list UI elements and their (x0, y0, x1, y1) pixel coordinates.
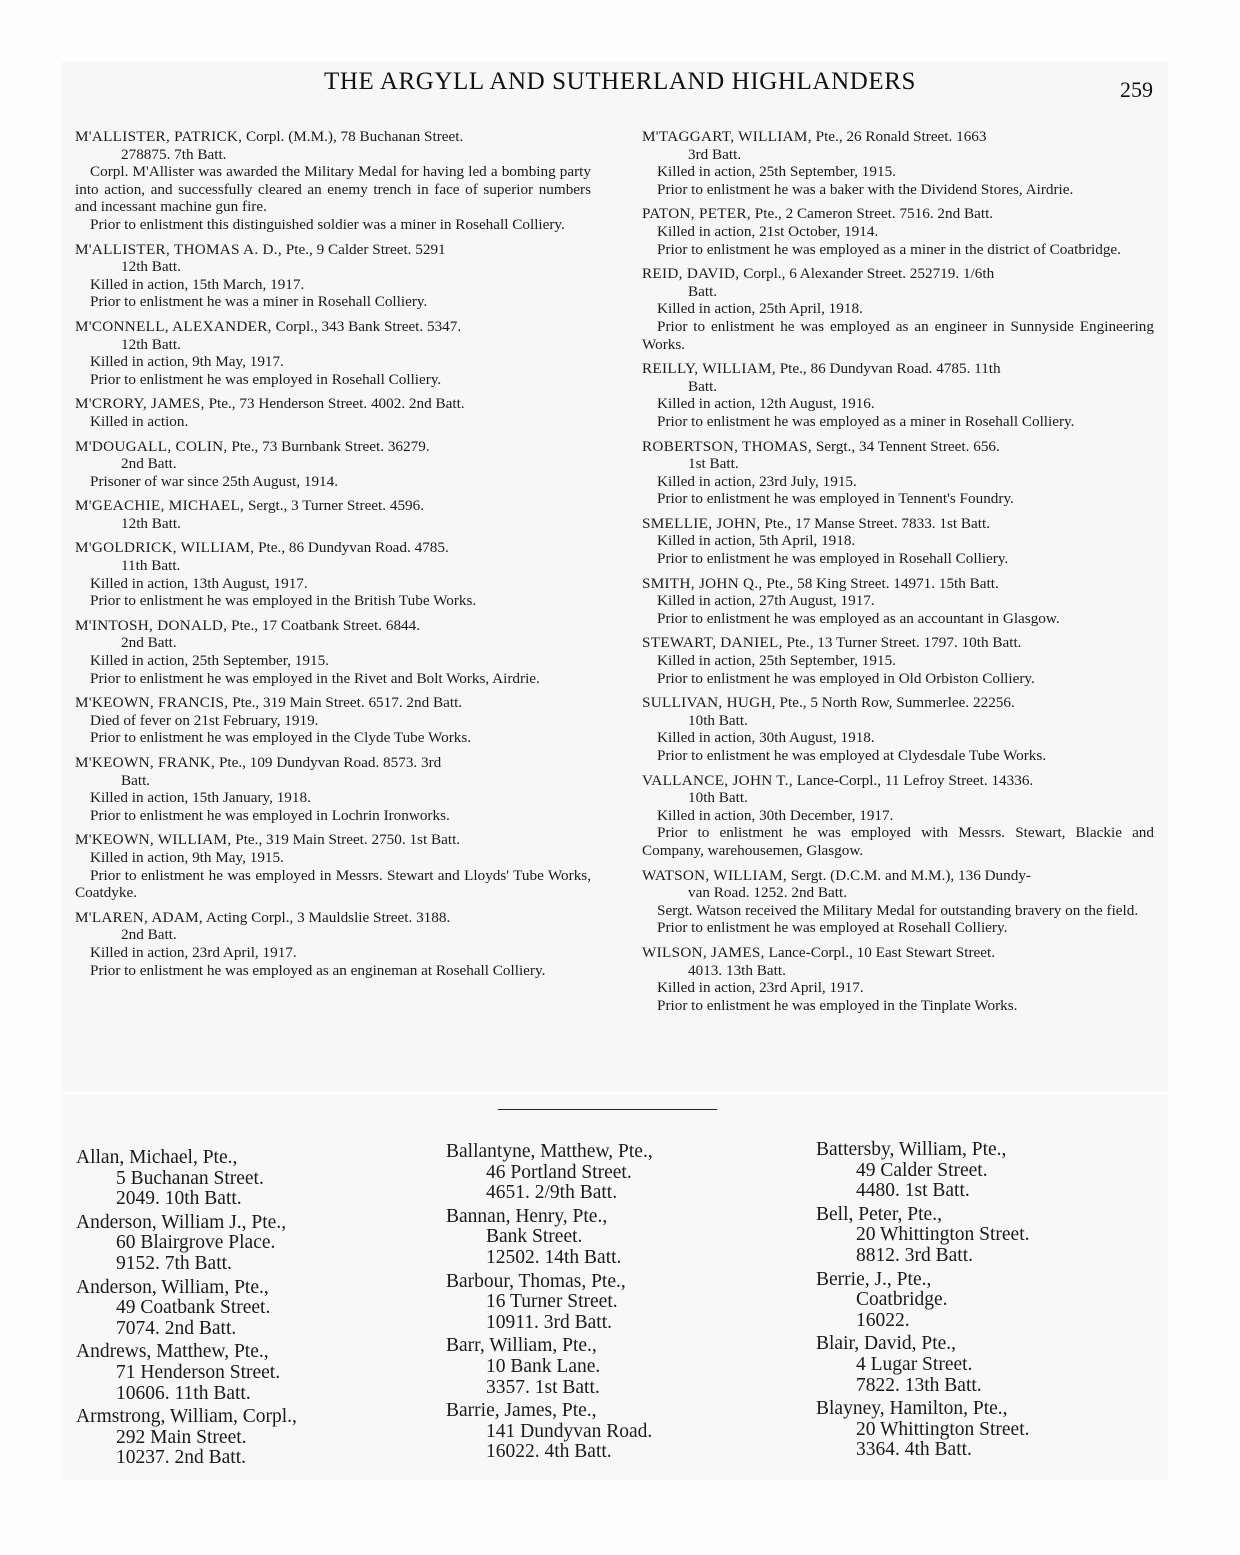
roll-entry: M'KEOWN, FRANK, Pte., 109 Dundyvan Road.… (75, 754, 591, 824)
entry-name: SMITH, JOHN Q., (642, 575, 763, 592)
list-entry-name: Allan, Michael, Pte., (76, 1148, 297, 1169)
entry-heading: ROBERTSON, THOMAS, Sergt., 34 Tennent St… (642, 438, 1154, 456)
list-entry-number-batt: 10911. 3rd Batt. (446, 1313, 653, 1334)
entry-note: Prior to enlistment he was employed in R… (75, 371, 591, 389)
entry-heading: PATON, PETER, Pte., 2 Cameron Street. 75… (642, 205, 1154, 223)
list-entry-address: 60 Blairgrove Place. (76, 1233, 297, 1254)
list-entry-number-batt: 2049. 10th Batt. (76, 1189, 297, 1210)
entry-note: Sergt. Watson received the Military Meda… (642, 902, 1154, 920)
entry-continuation: Batt. (642, 283, 1154, 301)
list-entry-number-batt: 10237. 2nd Batt. (76, 1448, 297, 1469)
entry-note: Prior to enlistment he was employed in t… (75, 670, 591, 688)
roll-entry: M'TAGGART, WILLIAM, Pte., 26 Ronald Stre… (642, 128, 1154, 198)
entry-name: REID, DAVID, (642, 265, 739, 282)
list-entry-name: Barr, William, Pte., (446, 1336, 653, 1357)
entry-name: SMELLIE, JOHN, (642, 515, 761, 532)
list-entry-address: 10 Bank Lane. (446, 1357, 653, 1378)
roll-entry: VALLANCE, JOHN T., Lance-Corpl., 11 Lefr… (642, 772, 1154, 860)
entry-note: Prior to enlistment he was a baker with … (642, 181, 1154, 199)
list-entry-number-batt: 3357. 1st Batt. (446, 1378, 653, 1399)
roll-entry: M'GEACHIE, MICHAEL, Sergt., 3 Turner Str… (75, 497, 591, 532)
entry-note: Prior to enlistment this distinguished s… (75, 216, 591, 234)
list-entry-name: Bannan, Henry, Pte., (446, 1207, 653, 1228)
entry-note: Killed in action. (75, 413, 591, 431)
entry-heading: M'ALLISTER, PATRICK, Corpl. (M.M.), 78 B… (75, 128, 591, 146)
entry-note: Killed in action, 25th September, 1915. (642, 163, 1154, 181)
entry-continuation: 2nd Batt. (75, 926, 591, 944)
list-entry-address: 292 Main Street. (76, 1428, 297, 1449)
list-entry-name: Armstrong, William, Corpl., (76, 1407, 297, 1428)
list-entry-address: 71 Henderson Street. (76, 1363, 297, 1384)
entry-details: Corpl., 6 Alexander Street. 252719. 1/6t… (743, 265, 994, 282)
list-entry-name: Anderson, William, Pte., (76, 1278, 297, 1299)
entry-continuation: 12th Batt. (75, 515, 591, 533)
entry-continuation: 10th Batt. (642, 712, 1154, 730)
section-divider-rule (498, 1109, 717, 1110)
entry-note: Prior to enlistment he was employed at C… (642, 747, 1154, 765)
left-column: M'ALLISTER, PATRICK, Corpl. (M.M.), 78 B… (75, 128, 591, 986)
entry-heading: M'INTOSH, DONALD, Pte., 17 Coatbank Stre… (75, 617, 591, 635)
entry-note: Prisoner of war since 25th August, 1914. (75, 473, 591, 491)
list-entry-number-batt: 7074. 2nd Batt. (76, 1319, 297, 1340)
entry-note: Prior to enlistment he was employed as a… (642, 318, 1154, 353)
list-entry-number-batt: 4480. 1st Batt. (816, 1181, 1030, 1202)
list-entry: Ballantyne, Matthew, Pte., 46 Portland S… (446, 1142, 653, 1204)
list-entry-name: Battersby, William, Pte., (816, 1140, 1030, 1161)
entry-details: Acting Corpl., 3 Mauldslie Street. 3188. (206, 909, 450, 926)
list-entry-number-batt: 16022. 4th Batt. (446, 1442, 653, 1463)
entry-heading: M'CRORY, JAMES, Pte., 73 Henderson Stree… (75, 395, 591, 413)
list-entry-address: 141 Dundyvan Road. (446, 1422, 653, 1443)
roll-entry: M'ALLISTER, PATRICK, Corpl. (M.M.), 78 B… (75, 128, 591, 234)
list-entry-address: 16 Turner Street. (446, 1292, 653, 1313)
list-entry-number-batt: 4651. 2/9th Batt. (446, 1183, 653, 1204)
entry-note: Prior to enlistment he was a miner in Ro… (75, 293, 591, 311)
entry-heading: STEWART, DANIEL, Pte., 13 Turner Street.… (642, 634, 1154, 652)
entry-details: Pte., 73 Henderson Street. 4002. 2nd Bat… (209, 395, 465, 412)
entry-note: Prior to enlistment he was employed with… (642, 824, 1154, 859)
entry-name: M'LAREN, ADAM, (75, 909, 203, 926)
list-entry-address: 49 Coatbank Street. (76, 1298, 297, 1319)
entry-heading: SMELLIE, JOHN, Pte., 17 Manse Street. 78… (642, 515, 1154, 533)
roll-entry: SULLIVAN, HUGH, Pte., 5 North Row, Summe… (642, 694, 1154, 764)
list-entry-address: 5 Buchanan Street. (76, 1169, 297, 1190)
entry-note: Prior to enlistment he was employed in O… (642, 670, 1154, 688)
list-entry-address: Coatbridge. (816, 1290, 1030, 1311)
entry-continuation: Batt. (642, 378, 1154, 396)
entry-note: Killed in action, 12th August, 1916. (642, 395, 1154, 413)
right-column: M'TAGGART, WILLIAM, Pte., 26 Ronald Stre… (642, 128, 1154, 1021)
entry-name: WATSON, WILLIAM, (642, 867, 787, 884)
entry-details: Pte., 5 North Row, Summerlee. 22256. (780, 694, 1015, 711)
entry-name: WILSON, JAMES, (642, 944, 765, 961)
entry-name: REILLY, WILLIAM, (642, 360, 776, 377)
entry-note: Killed in action, 25th September, 1915. (75, 652, 591, 670)
entry-continuation: 1st Batt. (642, 455, 1154, 473)
entry-note: Killed in action, 23rd April, 1917. (642, 979, 1154, 997)
entry-continuation: 4013. 13th Batt. (642, 962, 1154, 980)
list-entry-name: Ballantyne, Matthew, Pte., (446, 1142, 653, 1163)
list-entry-name: Anderson, William J., Pte., (76, 1213, 297, 1234)
entry-note: Prior to enlistment he was employed as a… (642, 610, 1154, 628)
entry-details: Pte., 58 King Street. 14971. 15th Batt. (766, 575, 998, 592)
entry-continuation: 12th Batt. (75, 258, 591, 276)
entry-note: Killed in action, 23rd April, 1917. (75, 944, 591, 962)
list-entry-name: Blair, David, Pte., (816, 1334, 1030, 1355)
entry-note: Killed in action, 9th May, 1915. (75, 849, 591, 867)
entry-note: Killed in action, 5th April, 1918. (642, 532, 1154, 550)
entry-name: M'CRORY, JAMES, (75, 395, 205, 412)
entry-name: PATON, PETER, (642, 205, 751, 222)
entry-details: Corpl. (M.M.), 78 Buchanan Street. (246, 128, 463, 145)
entry-details: Pte., 319 Main Street. 6517. 2nd Batt. (232, 694, 462, 711)
entry-name: M'GOLDRICK, WILLIAM, (75, 539, 254, 556)
roll-list-column-2: Ballantyne, Matthew, Pte., 46 Portland S… (446, 1142, 653, 1466)
roll-entry: M'CONNELL, ALEXANDER, Corpl., 343 Bank S… (75, 318, 591, 388)
entry-continuation: 278875. 7th Batt. (75, 146, 591, 164)
roll-entry: M'ALLISTER, THOMAS A. D., Pte., 9 Calder… (75, 241, 591, 311)
entry-name: STEWART, DANIEL, (642, 634, 783, 651)
entry-name: ROBERTSON, THOMAS, (642, 438, 812, 455)
entry-note: Prior to enlistment he was employed at R… (642, 919, 1154, 937)
entry-continuation: 11th Batt. (75, 557, 591, 575)
entry-note: Prior to enlistment he was employed in t… (642, 997, 1154, 1015)
roll-entry: M'DOUGALL, COLIN, Pte., 73 Burnbank Stre… (75, 438, 591, 491)
roll-entry: WATSON, WILLIAM, Sergt. (D.C.M. and M.M.… (642, 867, 1154, 937)
entry-name: SULLIVAN, HUGH, (642, 694, 776, 711)
entry-note: Killed in action, 9th May, 1917. (75, 353, 591, 371)
roll-entry: REID, DAVID, Corpl., 6 Alexander Street.… (642, 265, 1154, 353)
entry-note: Prior to enlistment he was employed in t… (75, 592, 591, 610)
entry-details: Pte., 13 Turner Street. 1797. 10th Batt. (787, 634, 1022, 651)
entry-heading: M'KEOWN, WILLIAM, Pte., 319 Main Street.… (75, 831, 591, 849)
entry-details: Lance-Corpl., 10 East Stewart Street. (769, 944, 995, 961)
entry-heading: SULLIVAN, HUGH, Pte., 5 North Row, Summe… (642, 694, 1154, 712)
entry-heading: M'LAREN, ADAM, Acting Corpl., 3 Mauldsli… (75, 909, 591, 927)
page-number: 259 (1120, 77, 1153, 103)
entry-heading: M'KEOWN, FRANCIS, Pte., 319 Main Street.… (75, 694, 591, 712)
entry-name: M'KEOWN, FRANCIS, (75, 694, 228, 711)
entry-details: Pte., 73 Burnbank Street. 36279. (231, 438, 429, 455)
list-entry-number-batt: 7822. 13th Batt. (816, 1376, 1030, 1397)
list-entry-number-batt: 9152. 7th Batt. (76, 1254, 297, 1275)
list-entry-name: Andrews, Matthew, Pte., (76, 1342, 297, 1363)
list-entry-name: Barrie, James, Pte., (446, 1401, 653, 1422)
list-entry-name: Barbour, Thomas, Pte., (446, 1272, 653, 1293)
entry-heading: M'ALLISTER, THOMAS A. D., Pte., 9 Calder… (75, 241, 591, 259)
entry-name: M'CONNELL, ALEXANDER, (75, 318, 272, 335)
entry-note: Killed in action, 30th August, 1918. (642, 729, 1154, 747)
entry-details: Pte., 86 Dundyvan Road. 4785. 11th (780, 360, 1001, 377)
roll-entry: REILLY, WILLIAM, Pte., 86 Dundyvan Road.… (642, 360, 1154, 430)
entry-details: Pte., 17 Coatbank Street. 6844. (231, 617, 420, 634)
list-entry: Blayney, Hamilton, Pte., 20 Whittington … (816, 1399, 1030, 1461)
entry-note: Killed in action, 13th August, 1917. (75, 575, 591, 593)
roll-entry: M'GOLDRICK, WILLIAM, Pte., 86 Dundyvan R… (75, 539, 591, 609)
entry-note: Prior to enlistment he was employed in t… (75, 729, 591, 747)
list-entry-name: Bell, Peter, Pte., (816, 1205, 1030, 1226)
entry-heading: WILSON, JAMES, Lance-Corpl., 10 East Ste… (642, 944, 1154, 962)
entry-heading: M'KEOWN, FRANK, Pte., 109 Dundyvan Road.… (75, 754, 591, 772)
entry-details: Pte., 86 Dundyvan Road. 4785. (258, 539, 449, 556)
entry-note: Prior to enlistment he was employed in M… (75, 867, 591, 902)
list-entry-number-batt: 16022. (816, 1311, 1030, 1332)
entry-details: Pte., 17 Manse Street. 7833. 1st Batt. (764, 515, 990, 532)
entry-name: M'KEOWN, WILLIAM, (75, 831, 231, 848)
entry-heading: VALLANCE, JOHN T., Lance-Corpl., 11 Lefr… (642, 772, 1154, 790)
entry-note: Prior to enlistment he was employed as a… (642, 413, 1154, 431)
list-entry: Allan, Michael, Pte., 5 Buchanan Street.… (76, 1148, 297, 1210)
entry-name: M'KEOWN, FRANK, (75, 754, 215, 771)
entry-note: Killed in action, 21st October, 1914. (642, 223, 1154, 241)
entry-name: M'ALLISTER, THOMAS A. D., (75, 241, 282, 258)
list-entry-number-batt: 3364. 4th Batt. (816, 1440, 1030, 1461)
roll-entry: M'INTOSH, DONALD, Pte., 17 Coatbank Stre… (75, 617, 591, 687)
list-entry: Blair, David, Pte., 4 Lugar Street. 7822… (816, 1334, 1030, 1396)
entry-details: Sergt., 34 Tennent Street. 656. (816, 438, 1000, 455)
list-entry-address: 20 Whittington Street. (816, 1420, 1030, 1441)
list-entry: Anderson, William, Pte., 49 Coatbank Str… (76, 1278, 297, 1340)
list-entry: Anderson, William J., Pte., 60 Blairgrov… (76, 1213, 297, 1275)
roll-list-column-3: Battersby, William, Pte., 49 Calder Stre… (816, 1140, 1030, 1464)
entry-note: Killed in action, 25th September, 1915. (642, 652, 1154, 670)
list-entry: Andrews, Matthew, Pte., 71 Henderson Str… (76, 1342, 297, 1404)
entry-name: M'TAGGART, WILLIAM, (642, 128, 812, 145)
list-entry: Barr, William, Pte., 10 Bank Lane. 3357.… (446, 1336, 653, 1398)
entry-note: Killed in action, 25th April, 1918. (642, 300, 1154, 318)
entry-note: Killed in action, 27th August, 1917. (642, 592, 1154, 610)
entry-details: Lance-Corpl., 11 Lefroy Street. 14336. (797, 772, 1033, 789)
running-head-title: THE ARGYLL AND SUTHERLAND HIGHLANDERS (0, 68, 1240, 96)
entry-continuation: 2nd Batt. (75, 634, 591, 652)
list-entry: Barbour, Thomas, Pte., 16 Turner Street.… (446, 1272, 653, 1334)
entry-continuation: 2nd Batt. (75, 455, 591, 473)
entry-heading: M'TAGGART, WILLIAM, Pte., 26 Ronald Stre… (642, 128, 1154, 146)
entry-continuation: Batt. (75, 772, 591, 790)
roll-entry: M'LAREN, ADAM, Acting Corpl., 3 Mauldsli… (75, 909, 591, 979)
entry-note: Died of fever on 21st February, 1919. (75, 712, 591, 730)
entry-name: M'INTOSH, DONALD, (75, 617, 227, 634)
roll-list-column-1: Allan, Michael, Pte., 5 Buchanan Street.… (76, 1148, 297, 1472)
list-entry: Bannan, Henry, Pte., Bank Street. 12502.… (446, 1207, 653, 1269)
entry-note: Killed in action, 23rd July, 1915. (642, 473, 1154, 491)
entry-continuation: 10th Batt. (642, 789, 1154, 807)
roll-entry: M'KEOWN, WILLIAM, Pte., 319 Main Street.… (75, 831, 591, 901)
entry-note: Corpl. M'Allister was awarded the Milita… (75, 163, 591, 216)
entry-heading: M'CONNELL, ALEXANDER, Corpl., 343 Bank S… (75, 318, 591, 336)
entry-heading: M'GOLDRICK, WILLIAM, Pte., 86 Dundyvan R… (75, 539, 591, 557)
entry-note: Prior to enlistment he was employed in R… (642, 550, 1154, 568)
list-entry: Bell, Peter, Pte., 20 Whittington Street… (816, 1205, 1030, 1267)
entry-note: Prior to enlistment he was employed as a… (75, 962, 591, 980)
entry-heading: M'GEACHIE, MICHAEL, Sergt., 3 Turner Str… (75, 497, 591, 515)
entry-continuation: 12th Batt. (75, 336, 591, 354)
roll-entry: PATON, PETER, Pte., 2 Cameron Street. 75… (642, 205, 1154, 258)
entry-details: Sergt. (D.C.M. and M.M.), 136 Dundy- (791, 867, 1031, 884)
list-entry-name: Berrie, J., Pte., (816, 1270, 1030, 1291)
entry-continuation: van Road. 1252. 2nd Batt. (642, 884, 1154, 902)
entry-note: Killed in action, 15th January, 1918. (75, 789, 591, 807)
roll-entry: STEWART, DANIEL, Pte., 13 Turner Street.… (642, 634, 1154, 687)
entry-note: Killed in action, 30th December, 1917. (642, 807, 1154, 825)
entry-details: Corpl., 343 Bank Street. 5347. (276, 318, 462, 335)
list-entry-address: Bank Street. (446, 1227, 653, 1248)
entry-heading: REID, DAVID, Corpl., 6 Alexander Street.… (642, 265, 1154, 283)
entry-heading: REILLY, WILLIAM, Pte., 86 Dundyvan Road.… (642, 360, 1154, 378)
entry-name: M'ALLISTER, PATRICK, (75, 128, 242, 145)
roll-entry: SMELLIE, JOHN, Pte., 17 Manse Street. 78… (642, 515, 1154, 568)
entry-details: Sergt., 3 Turner Street. 4596. (248, 497, 424, 514)
list-entry-address: 46 Portland Street. (446, 1163, 653, 1184)
list-entry-number-batt: 8812. 3rd Batt. (816, 1246, 1030, 1267)
entry-details: Pte., 2 Cameron Street. 7516. 2nd Batt. (755, 205, 993, 222)
list-entry-number-batt: 12502. 14th Batt. (446, 1248, 653, 1269)
entry-note: Prior to enlistment he was employed in T… (642, 490, 1154, 508)
entry-details: Pte., 319 Main Street. 2750. 1st Batt. (235, 831, 460, 848)
list-entry-address: 4 Lugar Street. (816, 1355, 1030, 1376)
entry-name: VALLANCE, JOHN T., (642, 772, 793, 789)
list-entry: Barrie, James, Pte., 141 Dundyvan Road. … (446, 1401, 653, 1463)
entry-details: Pte., 26 Ronald Street. 1663 (816, 128, 987, 145)
roll-entry: ROBERTSON, THOMAS, Sergt., 34 Tennent St… (642, 438, 1154, 508)
roll-entry: M'CRORY, JAMES, Pte., 73 Henderson Stree… (75, 395, 591, 430)
entry-note: Killed in action, 15th March, 1917. (75, 276, 591, 294)
entry-heading: M'DOUGALL, COLIN, Pte., 73 Burnbank Stre… (75, 438, 591, 456)
entry-name: M'DOUGALL, COLIN, (75, 438, 228, 455)
entry-name: M'GEACHIE, MICHAEL, (75, 497, 244, 514)
list-entry: Armstrong, William, Corpl., 292 Main Str… (76, 1407, 297, 1469)
roll-entry: WILSON, JAMES, Lance-Corpl., 10 East Ste… (642, 944, 1154, 1014)
list-entry-name: Blayney, Hamilton, Pte., (816, 1399, 1030, 1420)
list-entry: Berrie, J., Pte., Coatbridge. 16022. (816, 1270, 1030, 1332)
list-entry: Battersby, William, Pte., 49 Calder Stre… (816, 1140, 1030, 1202)
entry-details: Pte., 109 Dundyvan Road. 8573. 3rd (219, 754, 441, 771)
entry-note: Prior to enlistment he was employed as a… (642, 241, 1154, 259)
entry-note: Prior to enlistment he was employed in L… (75, 807, 591, 825)
roll-entry: M'KEOWN, FRANCIS, Pte., 319 Main Street.… (75, 694, 591, 747)
list-entry-address: 20 Whittington Street. (816, 1225, 1030, 1246)
entry-continuation: 3rd Batt. (642, 146, 1154, 164)
list-entry-address: 49 Calder Street. (816, 1161, 1030, 1182)
entry-details: Pte., 9 Calder Street. 5291 (286, 241, 446, 258)
entry-heading: WATSON, WILLIAM, Sergt. (D.C.M. and M.M.… (642, 867, 1154, 885)
roll-entry: SMITH, JOHN Q., Pte., 58 King Street. 14… (642, 575, 1154, 628)
entry-heading: SMITH, JOHN Q., Pte., 58 King Street. 14… (642, 575, 1154, 593)
document-page: THE ARGYLL AND SUTHERLAND HIGHLANDERS 25… (0, 0, 1240, 1555)
list-entry-number-batt: 10606. 11th Batt. (76, 1384, 297, 1405)
